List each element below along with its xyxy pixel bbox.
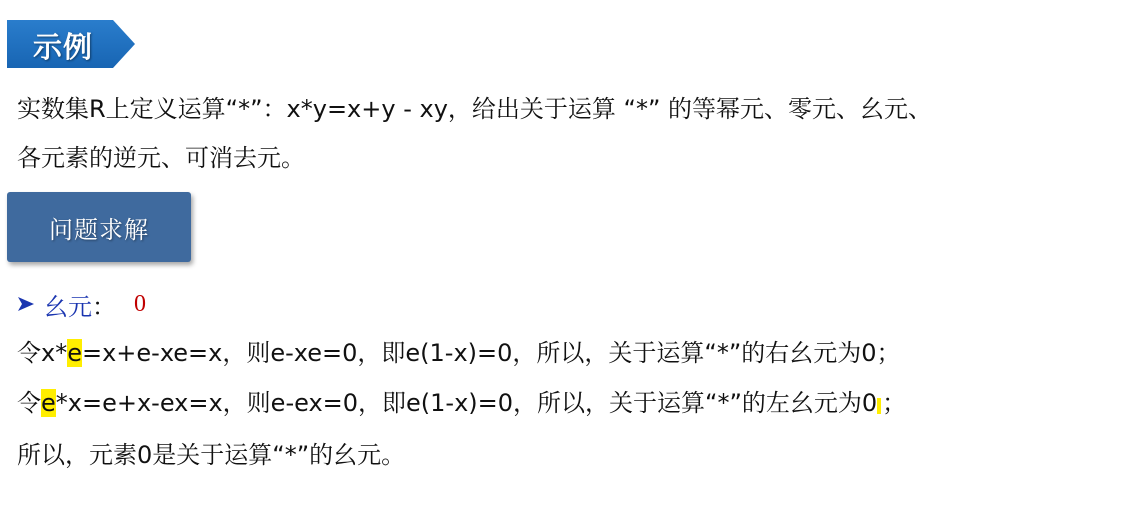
solution-line-2-end: ； [882, 389, 906, 417]
solution-conclusion: 所以，元素0是关于运算“*”的幺元。 [17, 439, 405, 471]
solution-line-2-prefix: 令 [17, 389, 41, 417]
bullet-title: 幺元 [44, 287, 92, 322]
solution-line-1: 令x*e=x+e-xe=x，则e-xe=0，即e(1-x)=0，所以，关于运算“… [17, 337, 901, 369]
highlighted-e: e [67, 339, 82, 367]
question-line-1: 实数集R上定义运算“*”：x*y=x+y - xy，给出关于运算 “*” 的等幂… [17, 93, 932, 125]
solution-section-label: 问题求解 [49, 210, 149, 245]
question-line-2: 各元素的逆元、可消去元。 [17, 142, 305, 174]
highlighted-e: e [41, 389, 56, 417]
solution-line-1-suffix: =x+e-xe=x，则e-xe=0，即e(1-x)=0，所以，关于运算“*”的右… [82, 339, 901, 367]
identity-element-bullet: 幺元 ： 0 [18, 287, 146, 321]
bullet-colon: ： [92, 287, 116, 322]
solution-line-1-prefix: 令x* [17, 339, 67, 367]
arrow-bullet-icon [18, 296, 34, 312]
solution-line-2: 令e*x=e+x-ex=x，则e-ex=0，即e(1-x)=0，所以，关于运算“… [17, 387, 906, 419]
solution-section-button[interactable]: 问题求解 [7, 192, 191, 262]
bullet-value: 0 [134, 291, 146, 318]
badge-label: 示例 [33, 25, 93, 66]
text-cursor-highlight [877, 398, 881, 414]
example-badge: 示例 [7, 20, 135, 68]
solution-line-2-middle: *x=e+x-ex=x，则e-ex=0，即e(1-x)=0，所以，关于运算“*”… [56, 389, 877, 417]
